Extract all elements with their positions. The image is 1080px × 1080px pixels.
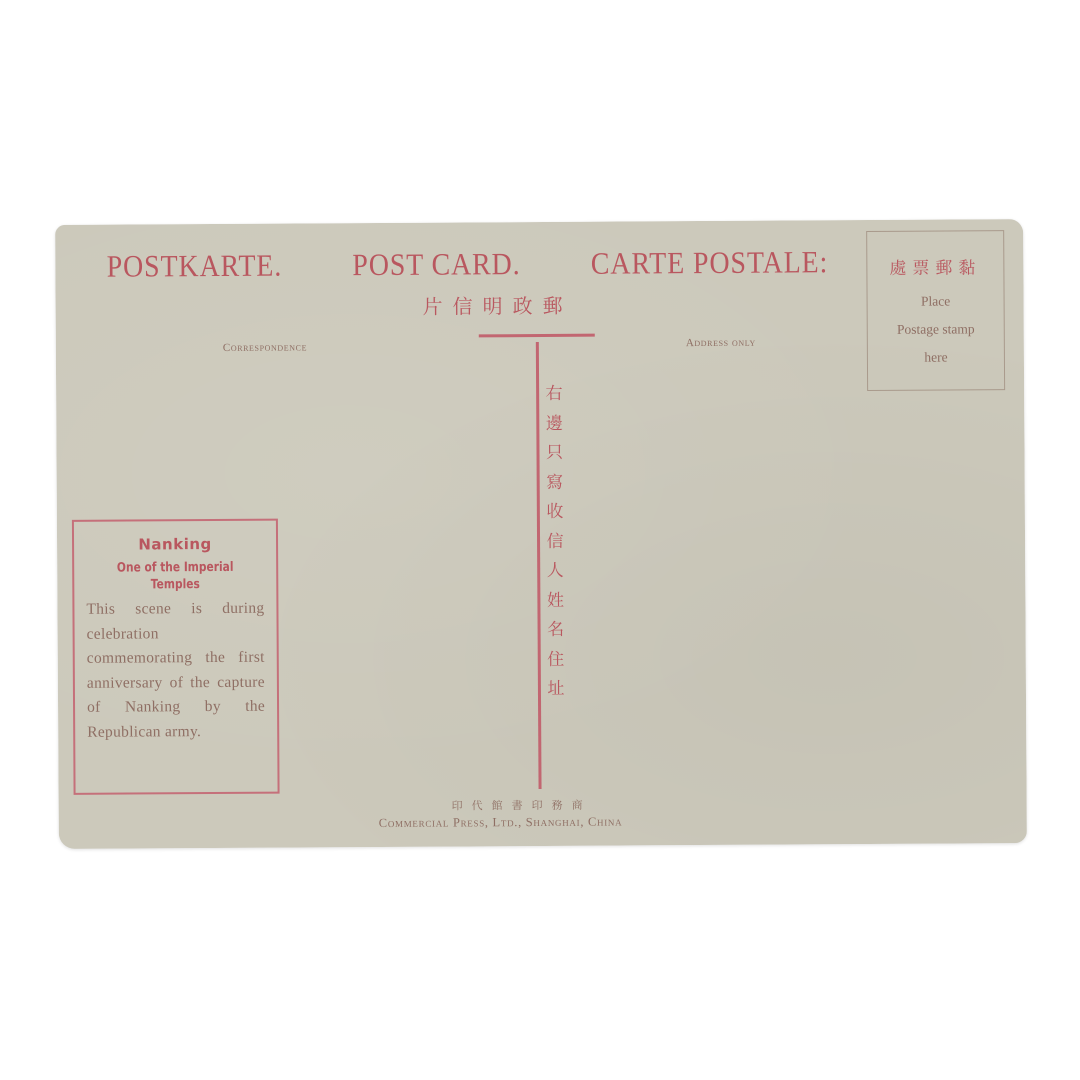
header-german: POSTKARTE. bbox=[107, 248, 283, 285]
caption-box: Nanking One of the Imperial Temples This… bbox=[72, 519, 280, 795]
vertical-char: 信 bbox=[546, 527, 563, 557]
vertical-char: 寫 bbox=[546, 468, 563, 498]
vertical-char: 右 bbox=[546, 380, 563, 410]
vertical-char: 姓 bbox=[547, 586, 564, 616]
divider-horizontal bbox=[479, 334, 595, 338]
vertical-char: 住 bbox=[547, 645, 564, 675]
correspondence-label: Correspondence bbox=[223, 341, 307, 354]
stamp-line-here: here bbox=[868, 348, 1004, 367]
header-chinese: 片信明政郵 bbox=[423, 289, 633, 319]
footer-publisher: Commercial Press, Ltd., Shanghai, China bbox=[379, 815, 623, 831]
vertical-char: 收 bbox=[546, 498, 563, 528]
caption-subtitle-line2: Temples bbox=[102, 576, 248, 594]
caption-body: This scene is during celebration commemo… bbox=[86, 597, 265, 745]
header-french: CARTE POSTALE: bbox=[591, 244, 829, 281]
vertical-chinese-instruction: 右 邊 只 寫 收 信 人 姓 名 住 址 bbox=[540, 380, 570, 705]
stamp-chinese-label: 處票郵黏 bbox=[867, 253, 1003, 279]
address-only-label: Address only bbox=[686, 337, 756, 349]
stamp-line-postage: Postage stamp bbox=[868, 320, 1004, 339]
postcard-header: POSTKARTE. POST CARD. CARTE POSTALE: bbox=[55, 245, 775, 293]
caption-title: Nanking bbox=[86, 535, 264, 554]
vertical-char: 名 bbox=[547, 616, 564, 646]
vertical-char: 址 bbox=[547, 675, 564, 705]
header-english: POST CARD. bbox=[352, 246, 520, 283]
caption-subtitle-line1: One of the Imperial bbox=[102, 559, 248, 577]
stamp-placement-box: 處票郵黏 Place Postage stamp here bbox=[866, 230, 1005, 391]
postcard-back: POSTKARTE. POST CARD. CARTE POSTALE: 片信明… bbox=[55, 219, 1027, 849]
vertical-char: 只 bbox=[546, 439, 563, 469]
caption-subtitle: One of the Imperial Temples bbox=[102, 559, 248, 594]
footer-chinese: 印代館書印務商 bbox=[452, 796, 652, 813]
stamp-line-place: Place bbox=[868, 292, 1004, 311]
vertical-char: 邊 bbox=[546, 409, 563, 439]
vertical-char: 人 bbox=[547, 557, 564, 587]
